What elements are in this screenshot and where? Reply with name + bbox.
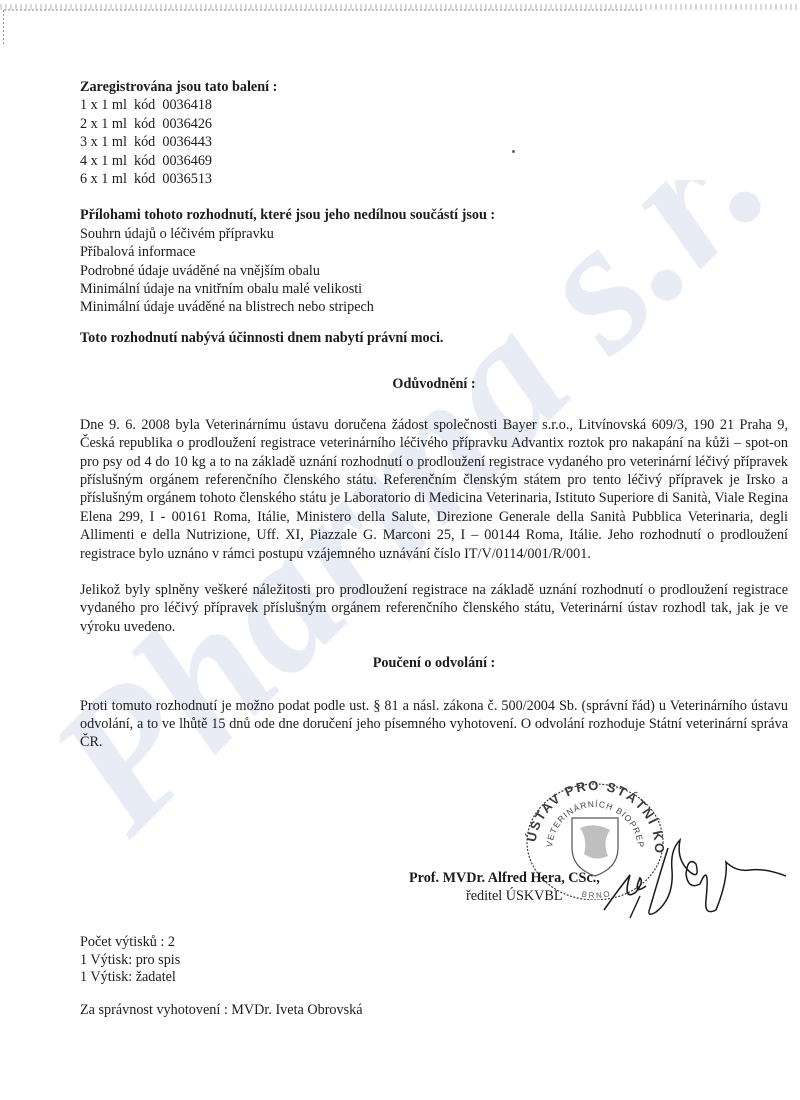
scan-artifact-top-line: [4, 9, 644, 11]
justification-paragraph-2: Jelikož byly splněny veškeré náležitosti…: [80, 581, 788, 636]
package-item: 3 x 1 ml kód 0036443: [80, 133, 788, 151]
justification-paragraph-1: Dne 9. 6. 2008 byla Veterinárnímu ústavu…: [80, 416, 788, 563]
attachment-item: Minimální údaje na vnitřním obalu malé v…: [80, 280, 788, 298]
packages-section: Zaregistrována jsou tato balení : 1 x 1 …: [80, 78, 788, 188]
effect-statement: Toto rozhodnutí nabývá účinnosti dnem na…: [80, 329, 788, 347]
attachment-item: Podrobné údaje uváděné na vnějším obalu: [80, 262, 788, 280]
packages-heading: Zaregistrována jsou tato balení :: [80, 78, 788, 96]
appeal-heading: Poučení o odvolání :: [80, 654, 788, 672]
package-item: 6 x 1 ml kód 0036513: [80, 170, 788, 188]
footer-block: Počet výtisků : 2 1 Výtisk: pro spis1 Vý…: [80, 934, 363, 1019]
justification-heading: Odůvodnění :: [80, 375, 788, 393]
attachments-heading: Přílohami tohoto rozhodnutí, které jsou …: [80, 206, 788, 224]
copy-item: 1 Výtisk: žadatel: [80, 969, 363, 987]
package-item: 2 x 1 ml kód 0036426: [80, 115, 788, 133]
attachment-item: Příbalová informace: [80, 243, 788, 261]
attachments-list: Souhrn údajů o léčivém přípravkuPříbalov…: [80, 225, 788, 317]
signer-name: Prof. MVDr. Alfred Hera, CSc.,: [409, 869, 639, 887]
attachments-section: Přílohami tohoto rozhodnutí, které jsou …: [80, 206, 788, 316]
packages-list: 1 x 1 ml kód 00364182 x 1 ml kód 0036426…: [80, 96, 788, 188]
package-item: 4 x 1 ml kód 0036469: [80, 152, 788, 170]
document-body: Zaregistrována jsou tato balení : 1 x 1 …: [80, 78, 788, 752]
scan-artifact-left: [3, 10, 4, 45]
copies-list: 1 Výtisk: pro spis1 Výtisk: žadatel: [80, 952, 363, 987]
package-item: 1 x 1 ml kód 0036418: [80, 96, 788, 114]
copy-item: 1 Výtisk: pro spis: [80, 952, 363, 970]
appeal-paragraph: Proti tomuto rozhodnutí je možno podat p…: [80, 697, 788, 752]
signer-role: ředitel ÚSKVBL: [409, 887, 639, 905]
attachment-item: Minimální údaje uváděné na blistrech neb…: [80, 298, 788, 316]
copies-count: Počet výtisků : 2: [80, 934, 363, 952]
certified-by: Za správnost vyhotovení : MVDr. Iveta Ob…: [80, 1002, 363, 1020]
attachment-item: Souhrn údajů o léčivém přípravku: [80, 225, 788, 243]
signer-block: Prof. MVDr. Alfred Hera, CSc., ředitel Ú…: [409, 869, 639, 905]
